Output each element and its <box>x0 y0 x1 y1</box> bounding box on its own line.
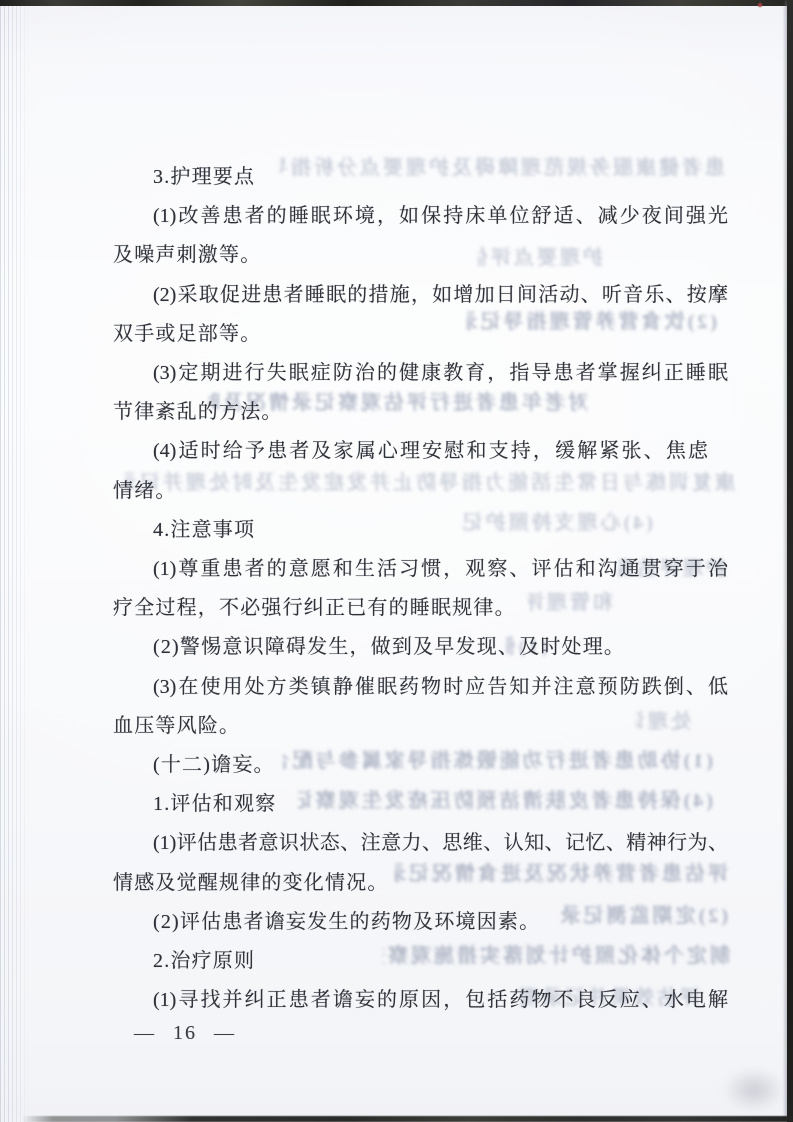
text-line: 2.治疗原则 <box>113 949 728 975</box>
text-line: 1.评估和观察 <box>113 792 728 818</box>
text-line: (2)评估患者谵妄发生的药物及环境因素。 <box>113 910 728 936</box>
text-line: 血压等风险。 <box>113 714 728 740</box>
text-line: (1)尊重患者的意愿和生活习惯，观察、评估和沟通贯穿于治 <box>113 557 728 583</box>
scan-edge-top <box>0 0 793 6</box>
text-line: (1)评估患者意识状态、注意力、思维、认知、记忆、精神行为、 <box>113 831 728 857</box>
text-line: 情绪。 <box>113 479 728 505</box>
text-line: 情感及觉醒规律的变化情况。 <box>113 871 728 897</box>
text-line: (十二)谵妄。 <box>113 753 728 779</box>
text-line: 及噪声刺激等。 <box>113 243 728 269</box>
text-line: (2)采取促进患者睡眠的措施，如增加日间活动、听音乐、按摩 <box>113 283 728 309</box>
text-line: 疗全过程，不必强行纠正已有的睡眠规律。 <box>113 596 728 622</box>
scan-smudge-bottom-right <box>723 1068 785 1112</box>
text-line: (1)寻找并纠正患者谵妄的原因，包括药物不良反应、水电解 <box>113 988 728 1014</box>
text-line: (1)改善患者的睡眠环境，如保持床单位舒适、减少夜间强光 <box>113 204 728 230</box>
scan-edge-right <box>787 0 793 1122</box>
text-line: (4)适时给予患者及家属心理安慰和支持，缓解紧张、焦虑 <box>113 439 708 465</box>
scanned-page: 患者健康服务规范理障碍及护理要点分析指导护理要点评估(2)饮食营养管理指导记录对… <box>0 0 793 1122</box>
text-line: (2)警惕意识障碍发生，做到及早发现、及时处理。 <box>113 635 728 661</box>
scan-edge-bottom <box>22 1116 793 1122</box>
text-line: 双手或足部等。 <box>113 322 728 348</box>
text-line: 节律紊乱的方法。 <box>113 400 728 426</box>
scan-streaks-left <box>0 0 30 1122</box>
scan-speck <box>758 3 762 7</box>
text-line: 4.注意事项 <box>113 518 728 544</box>
text-layer: 3.护理要点(1)改善患者的睡眠环境，如保持床单位舒适、减少夜间强光及噪声刺激等… <box>0 0 793 1122</box>
page-number: — 16 — <box>134 1022 236 1045</box>
text-line: (3)在使用处方类镇静催眠药物时应告知并注意预防跌倒、低 <box>113 675 728 701</box>
text-line: (3)定期进行失眠症防治的健康教育，指导患者掌握纠正睡眠 <box>113 361 728 387</box>
text-line: 3.护理要点 <box>113 165 728 191</box>
